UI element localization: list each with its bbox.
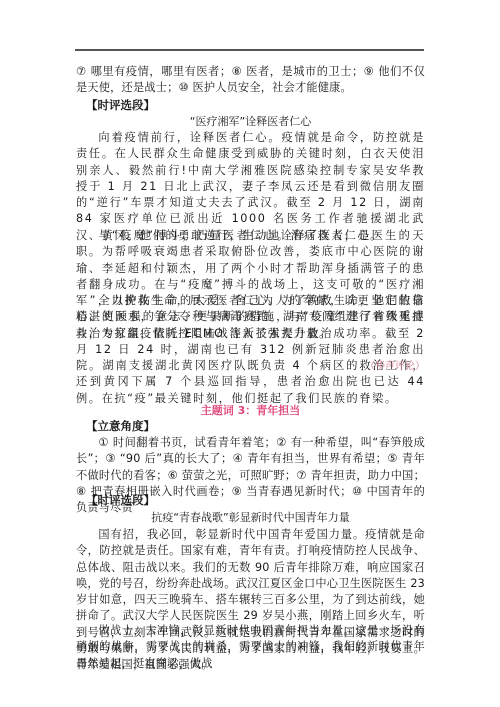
section2-comment-label: 【时评选段】 xyxy=(76,492,435,509)
header-rule xyxy=(75,49,424,51)
top-list: ⑦ 哪里有疫情，哪里有医者；⑧ 医者，是城市的卫士；⑨ 他们不仅是天使，还是战士… xyxy=(76,64,425,97)
section2-paragraph-2: 做战士，去冲锋，彰显新时代中国青年担当力量。这是一场没有硝烟的战争，需要战士的拼… xyxy=(76,623,425,672)
section1-paragraph-3: 全力挽救生命，展示医者仁心。为了挽救生命，他们依靠精湛的医术，争分夺秒与病毒赛跑… xyxy=(76,293,425,407)
angle-label: 【立意角度】 xyxy=(76,418,435,435)
section1-title: “医疗湘军”诠释医者仁心 xyxy=(76,114,425,130)
section2-title: 抗疫“青春战歌”彰显新时代中国青年力量 xyxy=(76,510,425,526)
section1-paragraph-1: 向着疫情前行，诠释医者仁心。疫情就是命令，防控就是责任。在人民群众生命健康受到威… xyxy=(76,130,425,244)
section1-label: 【时评选段】 xyxy=(76,97,435,114)
theme-heading: 主题词 3：青年担当 xyxy=(76,403,425,419)
section1-source: （华声评论） xyxy=(76,360,439,374)
